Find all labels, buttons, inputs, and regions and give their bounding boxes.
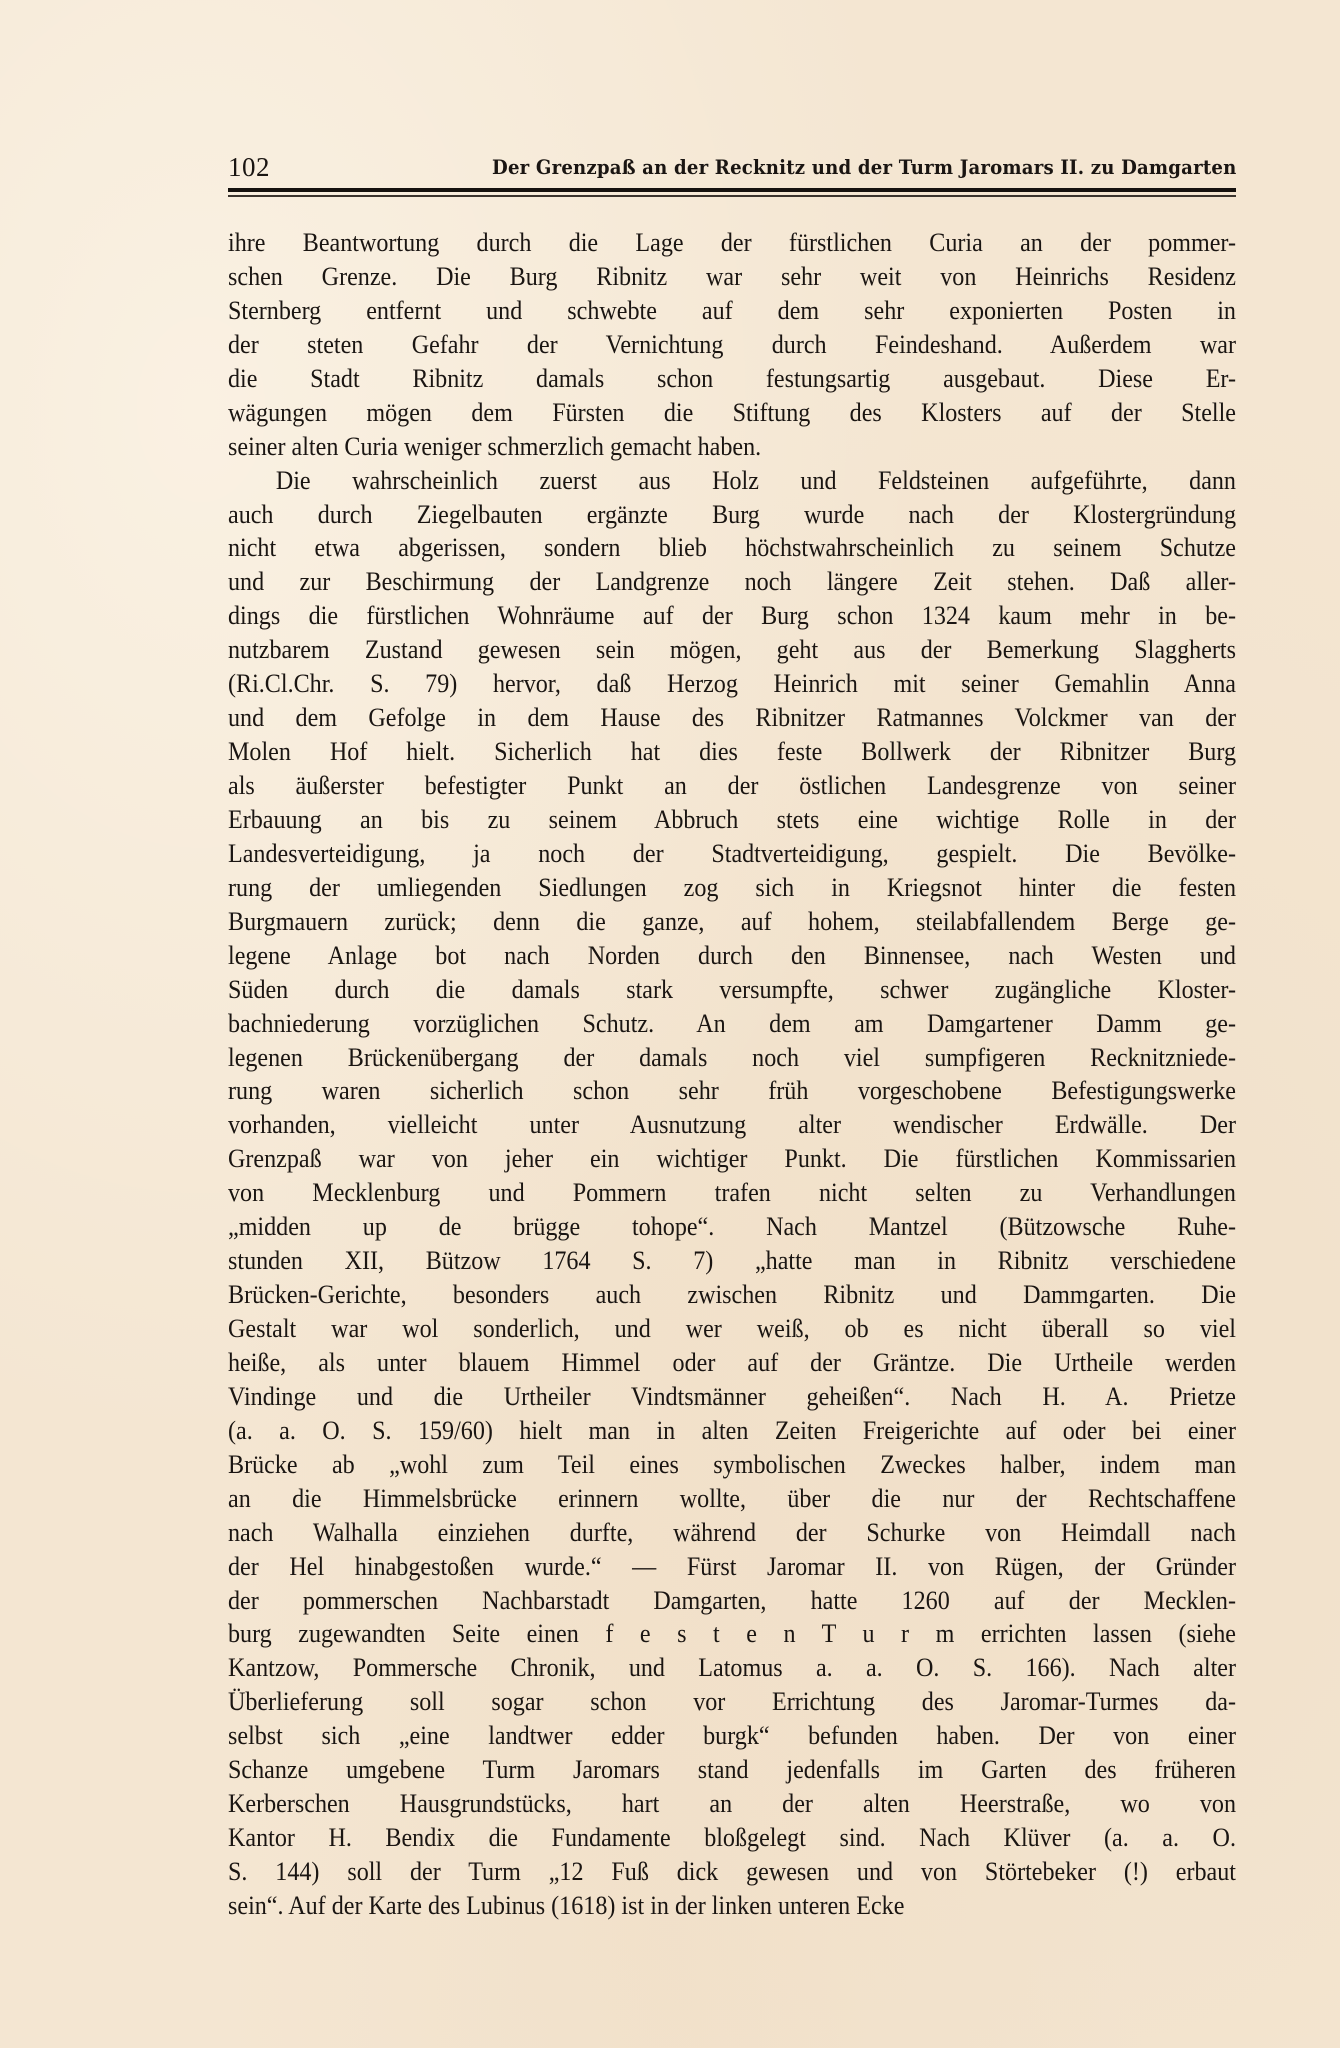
text-line: der Hel hinabgestoßen wurde.“ — Fürst Ja… bbox=[228, 1550, 1236, 1584]
book-page: 102 Der Grenzpaß an der Recknitz und der… bbox=[228, 148, 1236, 184]
text-line: die Stadt Ribnitz damals schon festungsa… bbox=[228, 362, 1236, 396]
text-line: heiße, als unter blauem Himmel oder auf … bbox=[228, 1346, 1236, 1380]
text-line: Grenzpaß war von jeher ein wichtiger Pun… bbox=[228, 1142, 1236, 1176]
text-line: nutzbarem Zustand gewesen sein mögen, ge… bbox=[228, 633, 1236, 667]
text-line: Erbauung an bis zu seinem Abbruch stets … bbox=[228, 803, 1236, 837]
text-line: Gestalt war wol sonderlich, und wer weiß… bbox=[228, 1312, 1236, 1346]
text-line: Schanze umgebene Turm Jaromars stand jed… bbox=[228, 1753, 1236, 1787]
text-line: Kerberschen Hausgrundstücks, hart an der… bbox=[228, 1787, 1236, 1821]
text-line: Sternberg entfernt und schwebte auf dem … bbox=[228, 294, 1236, 328]
text-line: als äußerster befestigter Punkt an der ö… bbox=[228, 769, 1236, 803]
text-line: nach Walhalla einziehen durfte, während … bbox=[228, 1516, 1236, 1550]
text-line: (Ri.Cl.Chr. S. 79) hervor, daß Herzog He… bbox=[228, 667, 1236, 701]
text-line: ihre Beantwortung durch die Lage der für… bbox=[228, 226, 1236, 260]
text-line: Überlieferung soll sogar schon vor Erric… bbox=[228, 1685, 1236, 1719]
text-line: Vindinge und die Urtheiler Vindtsmänner … bbox=[228, 1380, 1236, 1414]
header-rule-thick bbox=[228, 188, 1236, 192]
header-rule-thin bbox=[228, 195, 1236, 197]
text-line: nicht etwa abgerissen, sondern blieb höc… bbox=[228, 531, 1236, 565]
text-line: Molen Hof hielt. Sicherlich hat dies fes… bbox=[228, 735, 1236, 769]
running-title: Der Grenzpaß an der Recknitz und der Tur… bbox=[492, 156, 1236, 179]
text-line: der pommerschen Nachbarstadt Damgarten, … bbox=[228, 1584, 1236, 1618]
text-line: legene Anlage bot nach Norden durch den … bbox=[228, 939, 1236, 973]
paragraph: Die wahrscheinlich zuerst aus Holz und F… bbox=[228, 464, 1236, 1923]
text-line: an die Himmelsbrücke erinnern wollte, üb… bbox=[228, 1482, 1236, 1516]
text-line: Landesverteidigung, ja noch der Stadtver… bbox=[228, 837, 1236, 871]
text-line: Süden durch die damals stark versumpfte,… bbox=[228, 973, 1236, 1007]
text-line: (a. a. O. S. 159/60) hielt man in alten … bbox=[228, 1414, 1236, 1448]
text-line: rung der umliegenden Siedlungen zog sich… bbox=[228, 871, 1236, 905]
text-line: Brücke ab „wohl zum Teil eines symbolisc… bbox=[228, 1448, 1236, 1482]
text-line: Die wahrscheinlich zuerst aus Holz und F… bbox=[228, 464, 1236, 498]
text-line: S. 144) soll der Turm „12 Fuß dick gewes… bbox=[228, 1855, 1236, 1889]
text-line: burg zugewandten Seite einen f e s t e n… bbox=[228, 1617, 1236, 1651]
text-line: bachniederung vorzüglichen Schutz. An de… bbox=[228, 1007, 1236, 1041]
text-line: und zur Beschirmung der Landgrenze noch … bbox=[228, 565, 1236, 599]
text-line: Burgmauern zurück; denn die ganze, auf h… bbox=[228, 905, 1236, 939]
text-line: Kantor H. Bendix die Fundamente bloßgele… bbox=[228, 1821, 1236, 1855]
text-line: rung waren sicherlich schon sehr früh vo… bbox=[228, 1074, 1236, 1108]
text-line: wägungen mögen dem Fürsten die Stiftung … bbox=[228, 396, 1236, 430]
text-line: Brücken-Gerichte, besonders auch zwische… bbox=[228, 1278, 1236, 1312]
text-line: schen Grenze. Die Burg Ribnitz war sehr … bbox=[228, 260, 1236, 294]
text-line: dings die fürstlichen Wohnräume auf der … bbox=[228, 599, 1236, 633]
text-line: von Mecklenburg und Pommern trafen nicht… bbox=[228, 1176, 1236, 1210]
text-line: auch durch Ziegelbauten ergänzte Burg wu… bbox=[228, 498, 1236, 532]
text-line: „midden up de brügge tohope“. Nach Mantz… bbox=[228, 1210, 1236, 1244]
text-line: der steten Gefahr der Vernichtung durch … bbox=[228, 328, 1236, 362]
text-line: stunden XII, Bützow 1764 S. 7) „hatte ma… bbox=[228, 1244, 1236, 1278]
paragraph: ihre Beantwortung durch die Lage der für… bbox=[228, 226, 1236, 464]
text-line: selbst sich „eine landtwer edder burgk“ … bbox=[228, 1719, 1236, 1753]
running-head: 102 Der Grenzpaß an der Recknitz und der… bbox=[228, 148, 1236, 184]
page-number: 102 bbox=[228, 152, 270, 183]
body-text: ihre Beantwortung durch die Lage der für… bbox=[228, 226, 1236, 1923]
text-line: sein“. Auf der Karte des Lubinus (1618) … bbox=[228, 1889, 1236, 1923]
text-line: vorhanden, vielleicht unter Ausnutzung a… bbox=[228, 1108, 1236, 1142]
text-line: legenen Brückenübergang der damals noch … bbox=[228, 1041, 1236, 1075]
text-line: und dem Gefolge in dem Hause des Ribnitz… bbox=[228, 701, 1236, 735]
text-line: seiner alten Curia weniger schmerzlich g… bbox=[228, 430, 1236, 464]
text-line: Kantzow, Pommersche Chronik, und Latomus… bbox=[228, 1651, 1236, 1685]
